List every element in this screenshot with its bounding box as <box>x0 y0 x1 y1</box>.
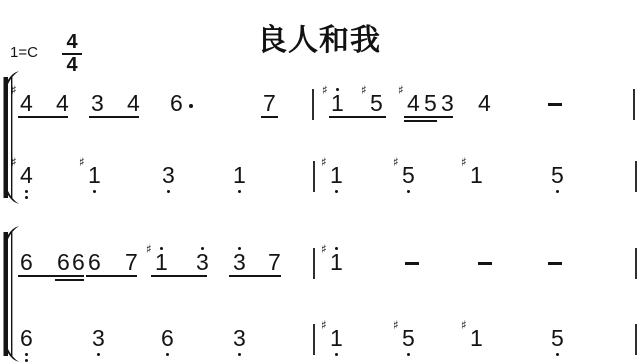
note-digit: 1 <box>331 92 344 115</box>
octave-dot-low <box>25 196 28 199</box>
note-digit: 5 <box>402 164 415 187</box>
note-digit: 3 <box>92 327 105 350</box>
note-digit: 5 <box>551 164 564 187</box>
note-digit: 1 <box>470 164 483 187</box>
note-digit: 6 <box>72 251 85 274</box>
octave-dot-high <box>160 247 163 250</box>
octave-dot-low <box>238 353 241 356</box>
octave-dot-high <box>336 88 339 91</box>
beat-underline <box>18 116 68 118</box>
note-digit: 6 <box>57 251 70 274</box>
octave-dot-low <box>556 353 559 356</box>
note-digit: 3 <box>233 251 246 274</box>
extension-dash <box>548 103 562 106</box>
sharp-icon: ♯ <box>146 243 152 255</box>
extension-dash <box>405 262 419 265</box>
beat-underline <box>151 275 207 277</box>
barline <box>313 161 315 192</box>
note-digit: 4 <box>56 92 69 115</box>
octave-dot-low <box>407 353 410 356</box>
octave-dot-low <box>25 190 28 193</box>
sharp-icon: ♯ <box>361 84 367 96</box>
octave-dot-low <box>556 190 559 193</box>
beat-underline <box>86 275 137 277</box>
duration-dot <box>189 104 193 108</box>
octave-dot-low <box>166 353 169 356</box>
note-digit: 1 <box>88 164 101 187</box>
system-bracket-icon <box>2 226 20 362</box>
sharp-icon: ♯ <box>79 156 85 168</box>
system-bracket-icon <box>2 71 20 204</box>
octave-dot-low <box>335 353 338 356</box>
octave-dot-low <box>335 190 338 193</box>
beat-underline <box>404 116 453 118</box>
sharp-icon: ♯ <box>321 319 327 331</box>
sharp-icon: ♯ <box>321 243 327 255</box>
note-digit: 3 <box>91 92 104 115</box>
note-digit: 6 <box>161 327 174 350</box>
note-digit: 5 <box>370 92 383 115</box>
barline <box>633 89 635 120</box>
extension-dash <box>478 262 492 265</box>
sharp-icon: ♯ <box>322 84 328 96</box>
note-digit: 4 <box>20 164 33 187</box>
octave-dot-high <box>238 247 241 250</box>
note-digit: 6 <box>20 327 33 350</box>
note-digit: 3 <box>441 92 454 115</box>
octave-dot-low <box>238 190 241 193</box>
sharp-icon: ♯ <box>461 319 467 331</box>
beat-underline <box>261 116 278 118</box>
barline <box>635 161 637 192</box>
sharp-icon: ♯ <box>393 319 399 331</box>
extension-dash <box>548 262 562 265</box>
sharp-icon: ♯ <box>461 156 467 168</box>
note-digit: 3 <box>162 164 175 187</box>
beat-underline <box>329 116 386 118</box>
note-digit: 6 <box>88 251 101 274</box>
beat-underline <box>55 279 84 281</box>
octave-dot-low <box>407 190 410 193</box>
note-digit: 7 <box>263 92 276 115</box>
octave-dot-low <box>167 190 170 193</box>
barline <box>313 248 315 279</box>
sheet-music-page: 良人和我 1=C 4 4 4♯434671♯5♯4♯5344♯1♯311♯5♯1… <box>0 0 638 362</box>
sharp-icon: ♯ <box>321 156 327 168</box>
note-digit: 4 <box>127 92 140 115</box>
sharp-icon: ♯ <box>398 84 404 96</box>
note-digit: 3 <box>233 327 246 350</box>
barline <box>635 248 637 279</box>
note-digit: 6 <box>20 251 33 274</box>
octave-dot-low <box>97 353 100 356</box>
note-digit: 7 <box>268 251 281 274</box>
note-digit: 3 <box>196 251 209 274</box>
beat-underline <box>89 116 139 118</box>
note-digit: 1 <box>155 251 168 274</box>
beat-underline <box>229 275 281 277</box>
beat-underline <box>18 275 84 277</box>
octave-dot-low <box>25 353 28 356</box>
octave-dot-high <box>335 247 338 250</box>
note-digit: 7 <box>125 251 138 274</box>
barline <box>313 324 315 355</box>
sharp-icon: ♯ <box>393 156 399 168</box>
note-digit: 5 <box>551 327 564 350</box>
note-digit: 1 <box>470 327 483 350</box>
note-digit: 1 <box>233 164 246 187</box>
barline <box>635 324 637 355</box>
note-digit: 4 <box>478 92 491 115</box>
note-digit: 5 <box>424 92 437 115</box>
score-area: 4♯434671♯5♯4♯5344♯1♯311♯5♯1♯5666671♯3371… <box>0 0 638 362</box>
note-digit: 4 <box>20 92 33 115</box>
note-digit: 4 <box>407 92 420 115</box>
octave-dot-high <box>201 247 204 250</box>
octave-dot-low <box>93 190 96 193</box>
note-digit: 5 <box>402 327 415 350</box>
note-digit: 1 <box>330 327 343 350</box>
note-digit: 6 <box>170 92 183 115</box>
beat-underline <box>404 120 437 122</box>
note-digit: 1 <box>330 164 343 187</box>
barline <box>312 89 314 120</box>
note-digit: 1 <box>330 251 343 274</box>
